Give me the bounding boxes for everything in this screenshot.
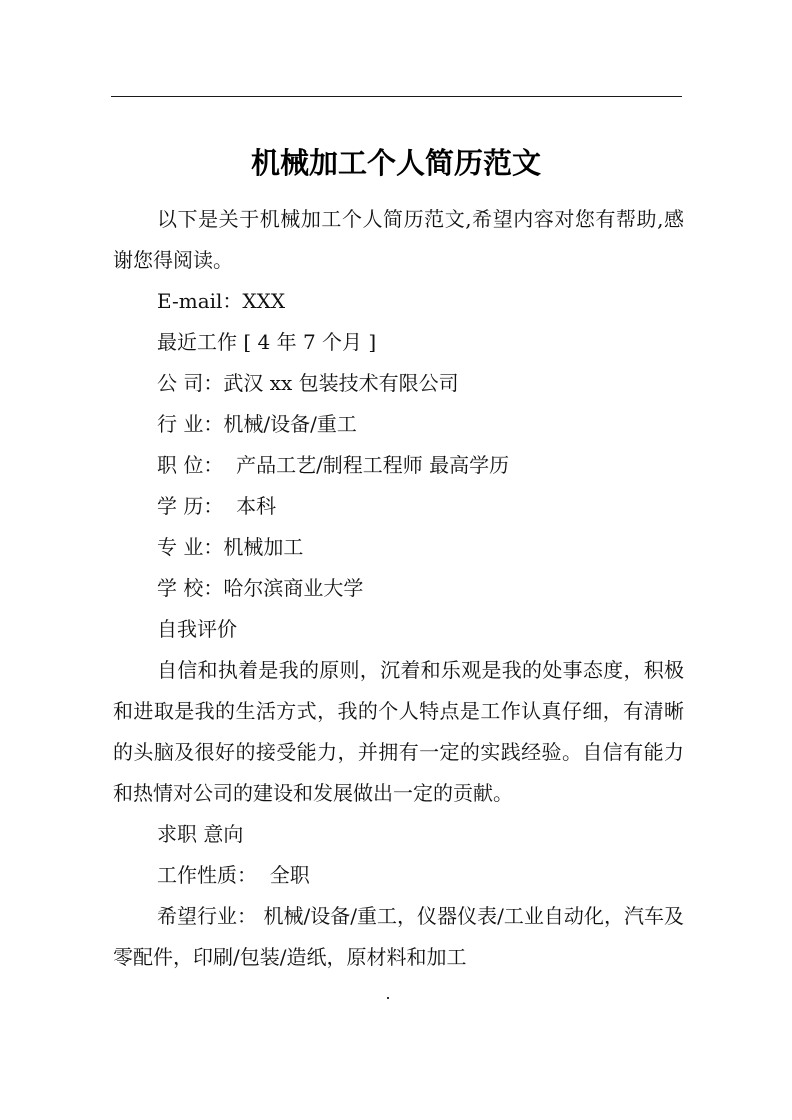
footer-page-mark	[387, 997, 389, 999]
email-line: E-mail：XXX	[113, 281, 684, 322]
document-title: 机械加工个人简历范文	[0, 143, 792, 183]
desired-industry-paragraph: 希望行业： 机械/设备/重工，仪器仪表/工业自动化，汽车及零配件，印刷/包装/造…	[113, 896, 684, 978]
school-line: 学 校：哈尔滨商业大学	[113, 568, 684, 609]
company-line: 公 司：武汉 xx 包装技术有限公司	[113, 363, 684, 404]
intro-paragraph: 以下是关于机械加工个人简历范文,希望内容对您有帮助,感谢您得阅读。	[113, 199, 684, 281]
industry-line: 行 业：机械/设备/重工	[113, 404, 684, 445]
document-body: 以下是关于机械加工个人简历范文,希望内容对您有帮助,感谢您得阅读。 E-mail…	[113, 199, 684, 978]
major-line: 专 业：机械加工	[113, 527, 684, 568]
job-intention-heading: 求职 意向	[113, 814, 684, 855]
header-rule	[111, 96, 682, 97]
job-type-line: 工作性质： 全职	[113, 855, 684, 896]
self-evaluation-paragraph: 自信和执着是我的原则，沉着和乐观是我的处事态度，积极和进取是我的生活方式，我的个…	[113, 650, 684, 814]
degree-line: 学 历： 本科	[113, 486, 684, 527]
self-evaluation-heading: 自我评价	[113, 609, 684, 650]
recent-work-duration-line: 最近工作 [ 4 年 7 个月 ]	[113, 322, 684, 363]
position-line: 职 位： 产品工艺/制程工程师 最高学历	[113, 445, 684, 486]
